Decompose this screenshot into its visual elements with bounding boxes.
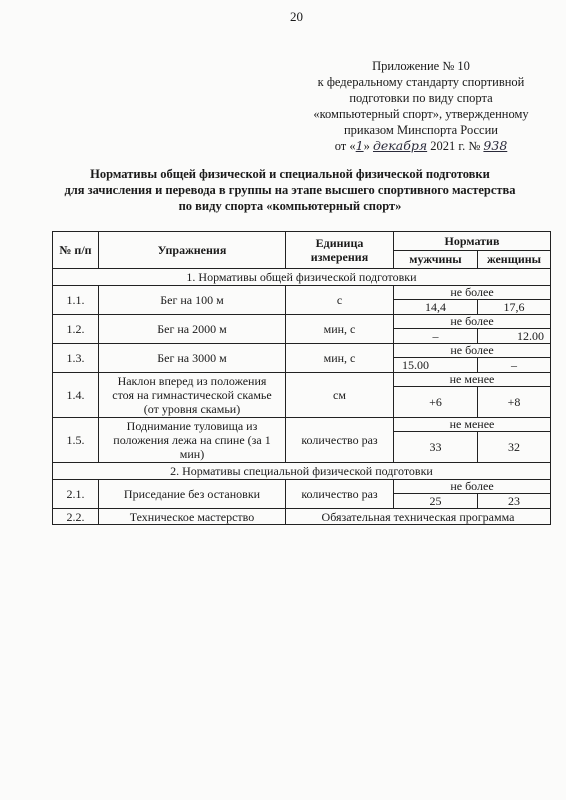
date-prefix: от « (335, 139, 356, 153)
row-women-value: +8 (478, 387, 551, 418)
row-num: 1.1. (53, 286, 99, 315)
row-unit: см (286, 373, 394, 418)
document-title: Нормативы общей физической и специальной… (40, 166, 540, 214)
section-row: 2. Нормативы специальной физической подг… (53, 463, 551, 480)
row-num: 1.2. (53, 315, 99, 344)
row-num: 2.2. (53, 509, 99, 525)
row-unit: количество раз (286, 480, 394, 509)
handwritten-month: декабря (373, 138, 427, 153)
appendix-line: приказом Минспорта России (290, 122, 552, 138)
row-norm-type: не менее (394, 418, 551, 432)
row-men-value: – (394, 329, 478, 344)
row-women-value: 12.00 (478, 329, 551, 344)
appendix-line: подготовки по виду спорта (290, 90, 552, 106)
title-line: Нормативы общей физической и специальной… (40, 166, 540, 182)
table-row: 1.3. Бег на 3000 м мин, с не более (53, 344, 551, 358)
title-line: для зачисления и перевода в группы на эт… (40, 182, 540, 198)
row-exercise: Бег на 2000 м (99, 315, 286, 344)
header-norm: Норматив (394, 232, 551, 251)
row-norm-type: не менее (394, 373, 551, 387)
row-men-value: 33 (394, 432, 478, 463)
header-unit: Единица измерения (286, 232, 394, 269)
row-unit: с (286, 286, 394, 315)
header-men: мужчины (394, 250, 478, 269)
section-title: 1. Нормативы общей физической подготовки (53, 269, 551, 286)
header-row: № п/п Упражнения Единица измерения Норма… (53, 232, 551, 251)
section-row: 1. Нормативы общей физической подготовки (53, 269, 551, 286)
row-men-value: +6 (394, 387, 478, 418)
title-line: по виду спорта «компьютерный спорт» (40, 198, 540, 214)
row-num: 2.1. (53, 480, 99, 509)
row-exercise: Поднимание туловища из положения лежа на… (99, 418, 286, 463)
row-num: 1.5. (53, 418, 99, 463)
row-merged-norm: Обязательная техническая программа (286, 509, 551, 525)
page-number: 20 (290, 9, 303, 25)
row-unit: мин, с (286, 344, 394, 373)
row-women-value: – (478, 358, 551, 373)
row-men-value: 14,4 (394, 300, 478, 315)
row-norm-type: не более (394, 286, 551, 300)
date-year: 2021 г. № (430, 139, 480, 153)
row-exercise: Наклон вперед из положения стоя на гимна… (99, 373, 286, 418)
table-row: 1.4. Наклон вперед из положения стоя на … (53, 373, 551, 387)
section-title: 2. Нормативы специальной физической подг… (53, 463, 551, 480)
row-exercise: Бег на 3000 м (99, 344, 286, 373)
appendix-line: к федеральному стандарту спортивной (290, 74, 552, 90)
row-women-value: 32 (478, 432, 551, 463)
row-exercise: Бег на 100 м (99, 286, 286, 315)
handwritten-order-number: 938 (483, 138, 507, 153)
appendix-line: Приложение № 10 (290, 58, 552, 74)
row-norm-type: не более (394, 315, 551, 329)
standards-table: № п/п Упражнения Единица измерения Норма… (52, 231, 551, 525)
row-num: 1.4. (53, 373, 99, 418)
table-row: 2.2. Техническое мастерство Обязательная… (53, 509, 551, 525)
row-norm-type: не более (394, 480, 551, 494)
row-men-value: 25 (394, 494, 478, 509)
table-row: 2.1. Приседание без остановки количество… (53, 480, 551, 494)
date-mid: » (364, 139, 370, 153)
row-unit: мин, с (286, 315, 394, 344)
table-row: 1.5. Поднимание туловища из положения ле… (53, 418, 551, 432)
header-women: женщины (478, 250, 551, 269)
table-row: 1.1. Бег на 100 м с не более (53, 286, 551, 300)
row-exercise: Техническое мастерство (99, 509, 286, 525)
row-norm-type: не более (394, 344, 551, 358)
row-num: 1.3. (53, 344, 99, 373)
table-row: 1.2. Бег на 2000 м мин, с не более (53, 315, 551, 329)
order-date-line: от «1» декабря 2021 г. № 938 (290, 138, 552, 154)
row-women-value: 17,6 (478, 300, 551, 315)
header-exercise: Упражнения (99, 232, 286, 269)
appendix-header: Приложение № 10 к федеральному стандарту… (290, 58, 552, 154)
row-unit: количество раз (286, 418, 394, 463)
header-num: № п/п (53, 232, 99, 269)
row-men-value: 15.00 (394, 358, 478, 373)
handwritten-day: 1 (356, 138, 364, 153)
row-exercise: Приседание без остановки (99, 480, 286, 509)
appendix-line: «компьютерный спорт», утвержденному (290, 106, 552, 122)
row-women-value: 23 (478, 494, 551, 509)
